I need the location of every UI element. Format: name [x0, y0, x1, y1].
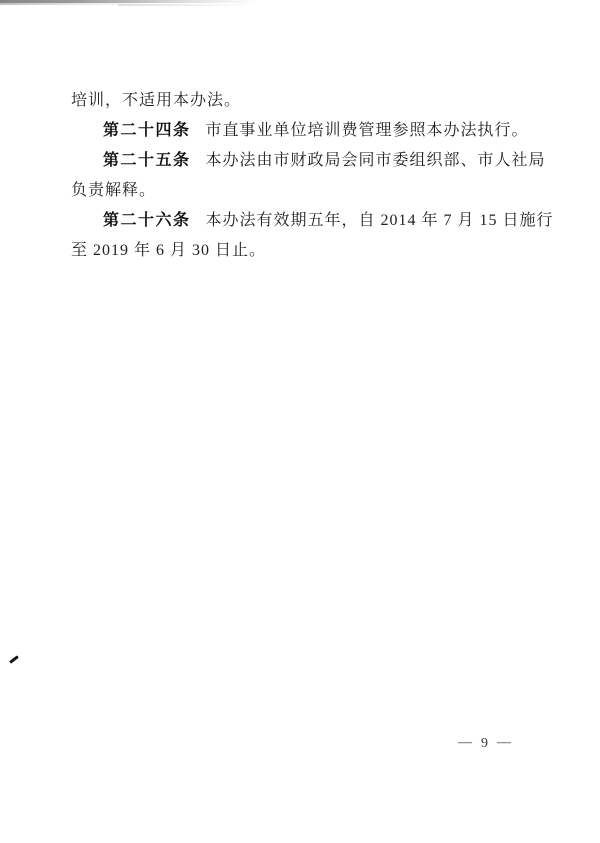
- text-line: 培训，不适用本办法。: [71, 86, 533, 116]
- page-number-footer: — 9 —: [458, 736, 511, 752]
- article-number-label: 第二十五条: [103, 152, 191, 169]
- line-text: 至 2019 年 6 月 30 日止。: [71, 242, 266, 259]
- line-text: 负责解释。: [71, 182, 156, 199]
- document-page: 培训，不适用本办法。 第二十四条市直事业单位培训费管理参照本办法执行。 第二十五…: [0, 0, 600, 843]
- line-text: 本办法有效期五年，自 2014 年 7 月 15 日施行: [206, 212, 554, 229]
- article-line-26: 第二十六条本办法有效期五年，自 2014 年 7 月 15 日施行: [71, 206, 533, 236]
- scan-artifact-top-edge-faint-2: [118, 4, 258, 6]
- line-text: 本办法由市财政局会同市委组织部、市人社局: [206, 152, 546, 169]
- text-line: 至 2019 年 6 月 30 日止。: [71, 236, 533, 266]
- page-number-value: 9: [481, 736, 488, 752]
- article-number-label: 第二十六条: [103, 212, 191, 229]
- footer-dash-left: —: [458, 735, 472, 751]
- stray-ink-mark: [9, 655, 19, 664]
- line-text: 培训，不适用本办法。: [71, 92, 241, 109]
- article-line-25: 第二十五条本办法由市财政局会同市委组织部、市人社局: [71, 146, 533, 176]
- line-text: 市直事业单位培训费管理参照本办法执行。: [206, 122, 529, 139]
- document-body: 培训，不适用本办法。 第二十四条市直事业单位培训费管理参照本办法执行。 第二十五…: [71, 86, 533, 266]
- article-number-label: 第二十四条: [103, 122, 191, 139]
- footer-dash-right: —: [497, 735, 511, 751]
- text-line: 负责解释。: [71, 176, 533, 206]
- article-line-24: 第二十四条市直事业单位培训费管理参照本办法执行。: [71, 116, 533, 146]
